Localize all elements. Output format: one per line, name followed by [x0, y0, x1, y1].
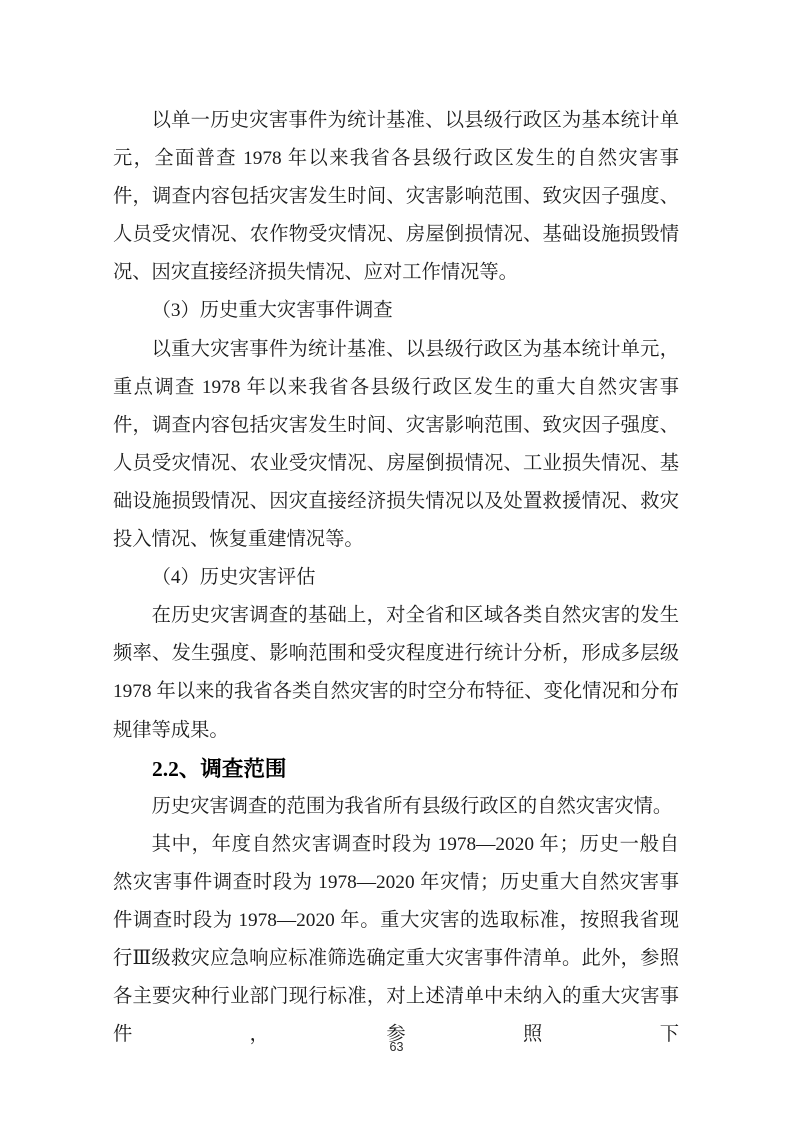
document-page: 以单一历史灾害事件为统计基准、以县级行政区为基本统计单元，全面普查 1978 年… [0, 0, 793, 1122]
page-body-text: 以单一历史灾害事件为统计基准、以县级行政区为基本统计单元，全面普查 1978 年… [113, 102, 679, 1054]
body-paragraph-history-general-survey: 以单一历史灾害事件为统计基准、以县级行政区为基本统计单元，全面普查 1978 年… [113, 102, 679, 292]
body-paragraph-assessment-method: 在历史灾害调查的基础上，对全省和区域各类自然灾害的发生频率、发生强度、影响范围和… [113, 597, 679, 749]
body-paragraph-major-disaster-survey: 以重大灾害事件为统计基准、以县级行政区为基本统计单元，重点调查 1978 年以来… [113, 331, 679, 560]
body-paragraph-survey-periods: 其中，年度自然灾害调查时段为 1978—2020 年；历史一般自然灾害事件调查时… [113, 826, 679, 1055]
page-number: 63 [0, 1039, 793, 1055]
body-paragraph-survey-scope: 历史灾害调查的范围为我省所有县级行政区的自然灾害灾情。 [113, 788, 679, 826]
list-item-3-major-disaster-event-survey: （3）历史重大灾害事件调查 [113, 292, 679, 330]
list-item-4-historical-disaster-assessment: （4）历史灾害评估 [113, 559, 679, 597]
section-heading-2-2-survey-scope: 2.2、调查范围 [152, 750, 679, 788]
